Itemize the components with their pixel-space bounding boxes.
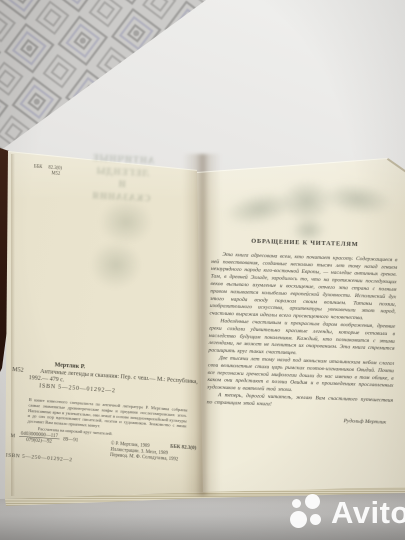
bbk-label: ББК [34,164,43,170]
paragraph: Две тысячи лет тому назад под июньским и… [207,354,394,397]
address-paragraphs: Эта книга адресована всем, кто почитает … [207,250,398,411]
imprint-suffix: 89—91 [63,436,78,442]
title-show-through: АНТИЧНЫЕ ЛЕГЕНДЫИСКАЗАНИЯ [62,150,182,206]
stamp-show-through [91,242,141,288]
avito-logo-icon [290,494,326,531]
imprint-prefix: М [10,433,15,439]
book-photo: ББК82.3(0) М52 АНТИЧНЫЕ ЛЕГЕНДЫИСКАЗАНИЯ… [0,0,405,540]
paragraph: Эта книга адресована всем, кто почитает … [209,250,397,322]
left-page-curl [11,154,15,496]
paragraph: Наделённые счастливым и прекрасным даром… [208,317,395,360]
avito-watermark: Avito [290,494,405,531]
avito-watermark-label: Avito [331,497,405,528]
stamp-show-through [100,200,152,244]
address-to-readers: ОБРАЩЕНИЕ К ЧИТАТЕЛЯМ Эта книга адресова… [206,236,398,426]
catalog-index: М52 [12,365,24,373]
